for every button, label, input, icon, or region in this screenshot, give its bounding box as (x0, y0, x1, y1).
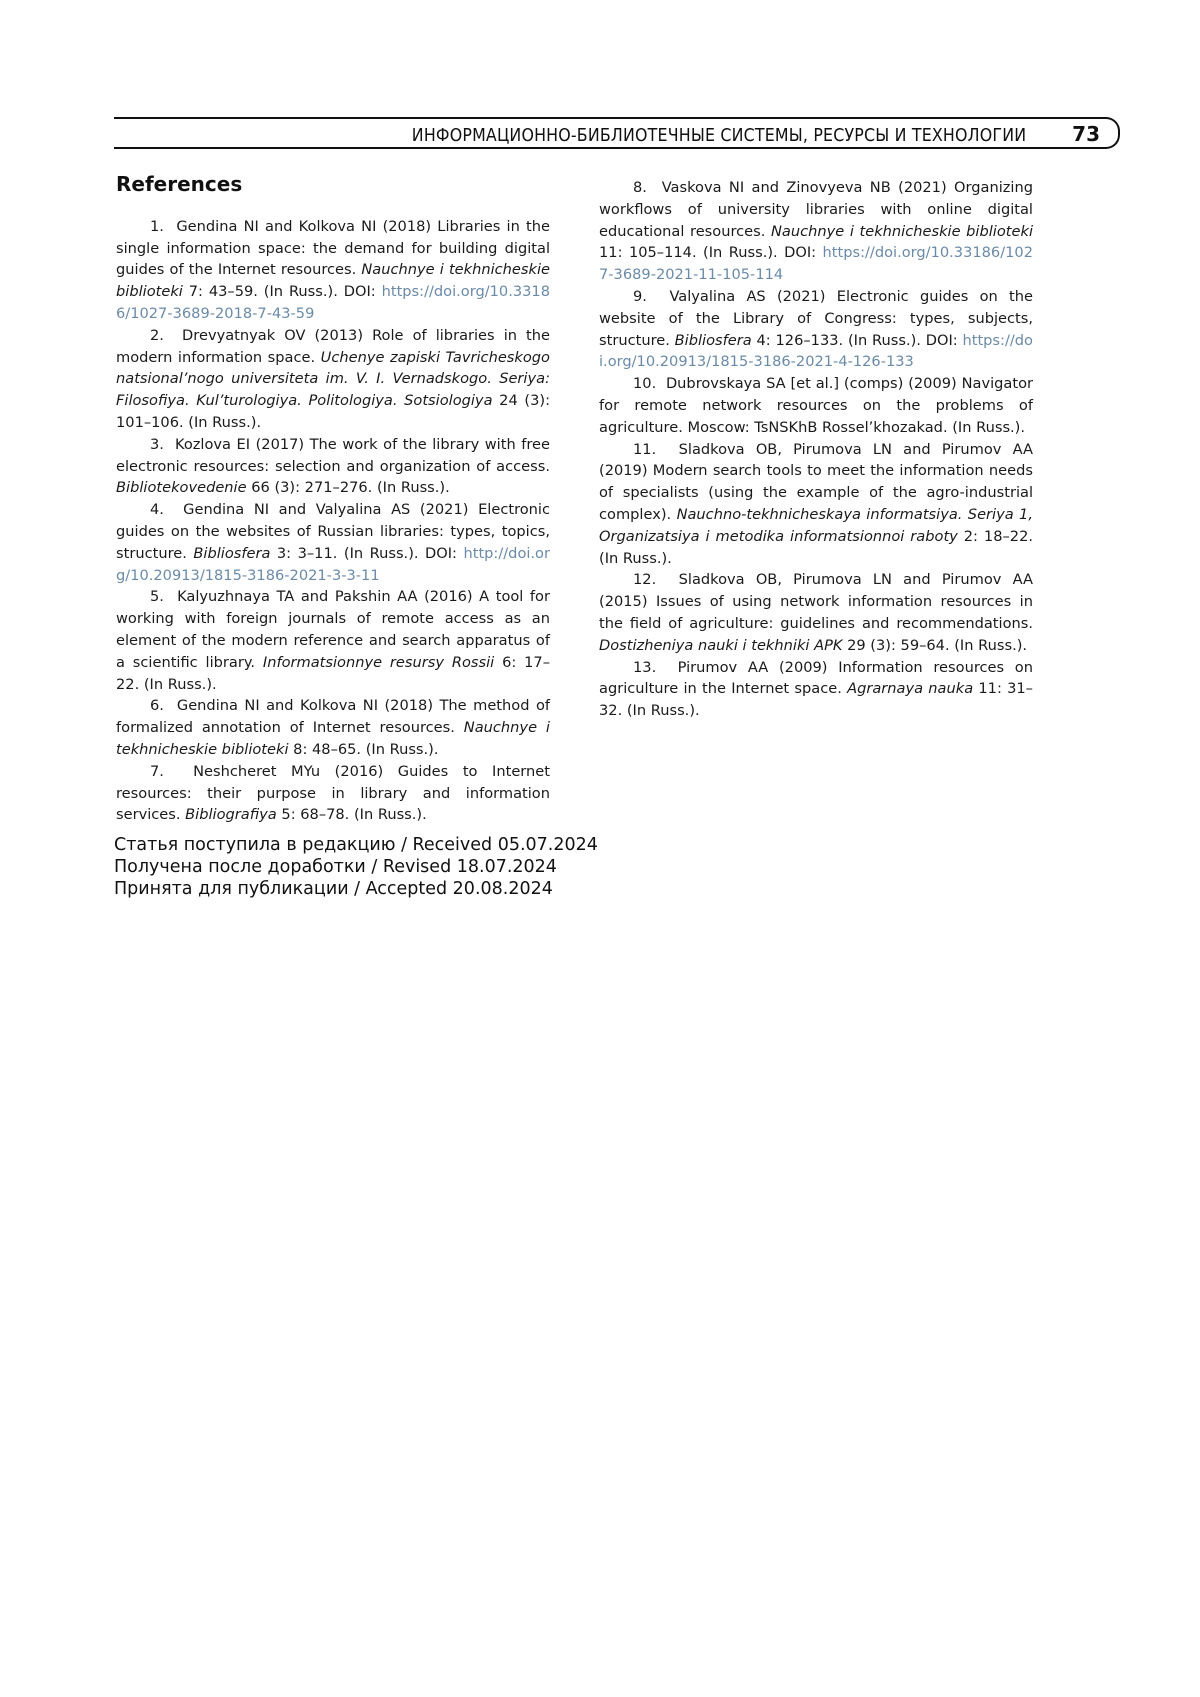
journal-title: Bibliografiya (185, 806, 277, 823)
accepted-date: Принята для публикации / Accepted 20.08.… (114, 878, 598, 900)
reference-number: 1. (150, 218, 176, 235)
reference-item: 1. Gendina NI and Kolkova NI (2018) Libr… (116, 216, 550, 325)
reference-item: 2. Drevyatnyak OV (2013) Role of librari… (116, 325, 550, 434)
reference-item: 13. Pirumov AA (2009) Information resour… (599, 657, 1033, 722)
reference-details: 8: 48–65. (In Russ.). (289, 741, 439, 758)
reference-item: 6. Gendina NI and Kolkova NI (2018) The … (116, 695, 550, 760)
reference-details: 11: 105–114. (In Russ.). DOI: (599, 244, 823, 261)
article-dates: Статья поступила в редакцию / Received 0… (114, 834, 598, 900)
received-date: Статья поступила в редакцию / Received 0… (114, 834, 598, 856)
journal-title: Bibliosfera (675, 332, 752, 349)
reference-details: 7: 43–59. (In Russ.). DOI: (183, 283, 382, 300)
section-title: ИНФОРМАЦИОННО-БИБЛИОТЕЧНЫЕ СИСТЕМЫ, РЕСУ… (412, 125, 1026, 146)
reference-item: 5. Kalyuzhnaya TA and Pakshin AA (2016) … (116, 586, 550, 695)
reference-number: 8. (633, 179, 662, 196)
reference-number: 6. (150, 697, 177, 714)
reference-details: 5: 68–78. (In Russ.). (277, 806, 427, 823)
journal-title: Bibliosfera (193, 545, 270, 562)
journal-title: Informatsionnye resursy Rossii (263, 654, 494, 671)
reference-details: 3: 3–11. (In Russ.). DOI: (270, 545, 463, 562)
reference-number: 4. (150, 501, 183, 518)
journal-title: Dostizheniya nauki i tekhniki APK (599, 637, 842, 654)
journal-title: Agrarnaya nauka (847, 680, 973, 697)
reference-item: 8. Vaskova NI and Zinovyeva NB (2021) Or… (599, 177, 1033, 286)
references-column-right: 8. Vaskova NI and Zinovyeva NB (2021) Or… (599, 177, 1033, 722)
reference-item: 10. Dubrovskaya SA [et al.] (comps) (200… (599, 373, 1033, 438)
reference-details: 66 (3): 271–276. (In Russ.). (247, 479, 450, 496)
reference-number: 13. (633, 659, 678, 676)
reference-details: 29 (3): 59–64. (In Russ.). (842, 637, 1027, 654)
reference-text: Kozlova EI (2017) The work of the librar… (116, 436, 550, 475)
references-column-left: References 1. Gendina NI and Kolkova NI … (116, 170, 550, 826)
reference-item: 12. Sladkova OB, Pirumova LN and Pirumov… (599, 569, 1033, 656)
running-header: ИНФОРМАЦИОННО-БИБЛИОТЕЧНЫЕ СИСТЕМЫ, РЕСУ… (114, 117, 1120, 149)
references-heading: References (116, 174, 550, 196)
reference-item: 4. Gendina NI and Valyalina AS (2021) El… (116, 499, 550, 586)
page-number: 73 (1072, 122, 1100, 146)
reference-number: 2. (150, 327, 182, 344)
journal-title: Nauchnye i tekhnicheskie biblioteki (771, 223, 1033, 240)
reference-item: 11. Sladkova OB, Pirumova LN and Pirumov… (599, 439, 1033, 570)
reference-number: 5. (150, 588, 177, 605)
reference-details: 4: 126–133. (In Russ.). DOI: (752, 332, 963, 349)
reference-item: 3. Kozlova EI (2017) The work of the lib… (116, 434, 550, 499)
reference-number: 3. (150, 436, 175, 453)
reference-number: 7. (150, 763, 193, 780)
journal-title: Bibliotekovedenie (116, 479, 247, 496)
reference-item: 9. Valyalina AS (2021) Electronic guides… (599, 286, 1033, 373)
revised-date: Получена после доработки / Revised 18.07… (114, 856, 598, 878)
reference-number: 12. (633, 571, 679, 588)
reference-number: 11. (633, 441, 679, 458)
reference-item: 7. Neshcheret MYu (2016) Guides to Inter… (116, 761, 550, 826)
reference-number: 10. (633, 375, 666, 392)
reference-number: 9. (633, 288, 669, 305)
